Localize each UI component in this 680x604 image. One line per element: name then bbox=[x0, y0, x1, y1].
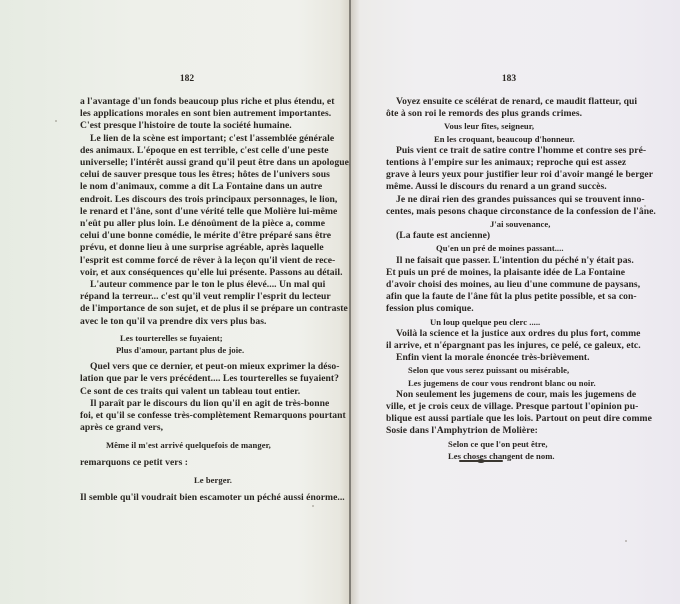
text-line: afin que la faute de l'âne fût la plus p… bbox=[386, 291, 610, 303]
text-line: avec le ton qu'il va prendre dix vers pl… bbox=[80, 316, 272, 328]
paper-speck bbox=[625, 540, 627, 542]
text-line: le nom d'animaux, comme a dit La Fontain… bbox=[80, 181, 272, 193]
text-line: Quel vers que ce dernier, et peut-on mie… bbox=[80, 361, 272, 373]
text-line: ville, et je crois ceux de village. Pres… bbox=[386, 401, 610, 413]
text-line: grave à leurs yeux pour justifier leur r… bbox=[386, 169, 610, 181]
right-page-text: Voyez ensuite ce scélérat de renard, ce … bbox=[386, 96, 610, 462]
text-line: Ce sont de ces traits qui valent un tabl… bbox=[80, 386, 272, 398]
text-line: l'esprit est comme forcé de rêver à la l… bbox=[80, 255, 272, 267]
verse-line: Les tourterelles se fuyaient; bbox=[80, 332, 272, 344]
paragraph-block: Voilà la science et la justice aux ordre… bbox=[386, 328, 610, 365]
text-line: le renard et l'âne, sont d'une vérité te… bbox=[80, 206, 272, 218]
paragraph-block: a l'avantage d'un fonds beaucoup plus ri… bbox=[80, 96, 272, 328]
text-line: centes, mais pesons chaque circonstance … bbox=[386, 206, 610, 218]
verse-line: Les jugemens de cour vous rendront blanc… bbox=[386, 377, 610, 389]
text-line: Voilà la science et la justice aux ordre… bbox=[386, 328, 610, 340]
paragraph-block: Quel vers que ce dernier, et peut-on mie… bbox=[80, 361, 272, 434]
left-page: 182 a l'avantage d'un fonds beaucoup plu… bbox=[0, 0, 350, 604]
paper-speck bbox=[262, 305, 264, 307]
text-line: il arrive, et n'épargnant pas les injure… bbox=[386, 340, 610, 352]
text-line: répand la terreur... c'est qu'il veut re… bbox=[80, 291, 272, 303]
text-line: Et puis un pré de moines, la plaisante i… bbox=[386, 267, 610, 279]
text-line: Non seulement les jugemens de cour, mais… bbox=[386, 389, 610, 401]
text-line: Puis vient ce trait de satire contre l'h… bbox=[386, 145, 610, 157]
text-line: Je ne dirai rien des grandes puissances … bbox=[386, 194, 610, 206]
verse-line: Qu'en un pré de moines passant.... bbox=[386, 242, 610, 254]
paper-speck bbox=[55, 120, 57, 122]
text-line: Sosie dans l'Amphytrion de Molière: bbox=[386, 425, 610, 437]
verse-line: En les croquant, beaucoup d'honneur. bbox=[386, 133, 610, 145]
verse-line: Plus d'amour, partant plus de joie. bbox=[80, 344, 272, 356]
page-number-right: 183 bbox=[344, 74, 674, 84]
paragraph-block: Voyez ensuite ce scélérat de renard, ce … bbox=[386, 96, 610, 120]
text-line: voir, et aux conséquences qu'elle lui pr… bbox=[80, 267, 272, 279]
paper-speck bbox=[312, 505, 314, 507]
text-line: L'auteur commence par le ton le plus éle… bbox=[80, 279, 272, 291]
text-line: ôte à son roi le remords des plus grands… bbox=[386, 108, 610, 120]
text-line: C'est presque l'histoire de toute la soc… bbox=[80, 120, 272, 132]
text-line: Il semble qu'il voudrait bien escamoter … bbox=[80, 492, 272, 504]
verse-line: Un loup quelque peu clerc ..... bbox=[386, 316, 610, 328]
verse-line: Le berger. bbox=[80, 474, 272, 486]
page-number-left: 182 bbox=[12, 74, 362, 84]
verse-line: Selon que vous serez puissant ou misérab… bbox=[386, 364, 610, 376]
text-line: de l'importance de son sujet, et de plus… bbox=[80, 303, 272, 315]
text-line: celui d'une bonne comédie, le mérite d'ê… bbox=[80, 230, 272, 242]
verse-line: Vous leur fîtes, seigneur, bbox=[386, 120, 610, 132]
text-line: Voyez ensuite ce scélérat de renard, ce … bbox=[386, 96, 610, 108]
text-line: après ce grand vers, bbox=[80, 422, 272, 434]
tail-piece-ornament bbox=[459, 460, 503, 462]
verse-line: Même il m'est arrivé quelquefois de mang… bbox=[80, 439, 272, 451]
text-line: remarquons ce petit vers : bbox=[80, 457, 272, 469]
right-page: 183 Voyez ensuite ce scélérat de renard,… bbox=[350, 0, 680, 604]
text-line: foi, et qu'il se confesse très-complètem… bbox=[80, 410, 272, 422]
text-line: des animaux. L'époque en est terrible, c… bbox=[80, 145, 272, 157]
text-line: les applications morales en sont bien au… bbox=[80, 108, 272, 120]
left-page-text: a l'avantage d'un fonds beaucoup plus ri… bbox=[80, 96, 272, 504]
paragraph-block: Non seulement les jugemens de cour, mais… bbox=[386, 389, 610, 438]
paragraph-block: Il ne faisait que passer. L'intention du… bbox=[386, 255, 610, 316]
verse-line: Selon ce que l'on peut être, bbox=[386, 438, 610, 450]
verse-line: J'ai souvenance, bbox=[386, 218, 610, 230]
text-line: blique est aussi partiale que les lois. … bbox=[386, 413, 610, 425]
text-line: Le lien de la scène est important; c'est… bbox=[80, 133, 272, 145]
book-spread: 182 a l'avantage d'un fonds beaucoup plu… bbox=[0, 0, 680, 604]
text-line: celui de sauver presque tous les êtres; … bbox=[80, 169, 272, 181]
text-line: universelle; l'intérêt aussi grand qu'il… bbox=[80, 157, 272, 169]
text-line: Il paraît par le discours du lion qu'il … bbox=[80, 398, 272, 410]
text-line: Il ne faisait que passer. L'intention du… bbox=[386, 255, 610, 267]
text-line: fession plus comique. bbox=[386, 303, 610, 315]
text-line: d'avoir choisi des moines, au lieu d'une… bbox=[386, 279, 610, 291]
text-line: tentions à l'empire sur les animaux; rep… bbox=[386, 157, 610, 169]
paper-speck bbox=[644, 205, 646, 207]
text-line: même. Aussi le discours du renard a un g… bbox=[386, 181, 610, 193]
text-line: a l'avantage d'un fonds beaucoup plus ri… bbox=[80, 96, 272, 108]
text-line: (La faute est ancienne) bbox=[386, 230, 610, 242]
paragraph-block: Puis vient ce trait de satire contre l'h… bbox=[386, 145, 610, 218]
book-spine bbox=[349, 0, 351, 604]
text-line: Enfin vient la morale énoncée très-brièv… bbox=[386, 352, 610, 364]
text-line: n'eût pu aller plus loin. Le dénoûment d… bbox=[80, 218, 272, 230]
text-line: prévu, et donne lieu à une surprise agré… bbox=[80, 242, 272, 254]
text-line: endroit. Les discours des trois principa… bbox=[80, 194, 272, 206]
text-line: lation que par le vers précédent.... Les… bbox=[80, 373, 272, 385]
